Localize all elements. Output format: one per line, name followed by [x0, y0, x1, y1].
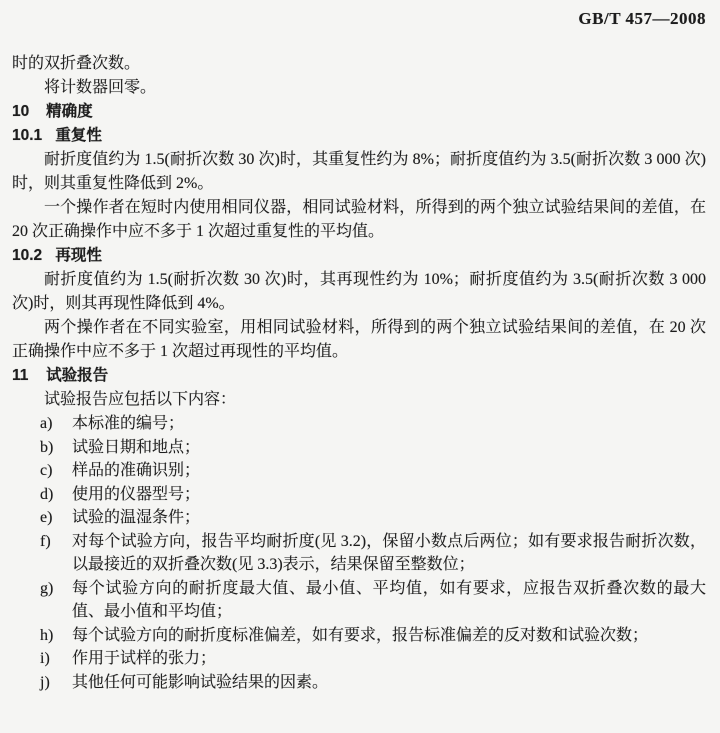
report-item-f-text: 对每个试验方向，报告平均耐折度(见 3.2)，保留小数点后两位；如有要求报告耐折…	[72, 530, 706, 577]
report-item-j: j)其他任何可能影响试验结果的因素。	[12, 671, 706, 695]
report-item-e-label: e)	[40, 506, 72, 530]
report-item-g-label: g)	[40, 577, 72, 624]
section-10-heading: 10精确度	[12, 100, 706, 124]
report-list-intro: 试验报告应包括以下内容：	[12, 388, 706, 412]
report-item-d-text: 使用的仪器型号；	[72, 483, 706, 507]
report-item-h: h)每个试验方向的耐折度标准偏差，如有要求，报告标准偏差的反对数和试验次数；	[12, 624, 706, 648]
report-item-d-label: d)	[40, 483, 72, 507]
section-11-heading: 11试验报告	[12, 364, 706, 388]
report-item-a: a)本标准的编号；	[12, 412, 706, 436]
report-item-c: c)样品的准确识别；	[12, 459, 706, 483]
page-header: GB/T 457—2008	[12, 8, 706, 30]
section-11-title: 试验报告	[46, 367, 108, 384]
report-item-a-text: 本标准的编号；	[72, 412, 706, 436]
scanned-standard-page: GB/T 457—2008 时的双折叠次数。 将计数器回零。 10精确度 10.…	[0, 0, 720, 733]
report-item-b-text: 试验日期和地点；	[72, 436, 706, 460]
report-item-g: g)每个试验方向的耐折度最大值、最小值、平均值，如有要求，应报告双折叠次数的最大…	[12, 577, 706, 624]
report-item-h-text: 每个试验方向的耐折度标准偏差，如有要求，报告标准偏差的反对数和试验次数；	[72, 624, 706, 648]
report-item-b-label: b)	[40, 436, 72, 460]
section-10-1-number: 10.1	[12, 124, 55, 148]
reproducibility-operator-paragraph: 两个操作者在不同实验室，用相同试验材料，所得到的两个独立试验结果间的差值，在 2…	[12, 316, 706, 364]
report-item-f: f)对每个试验方向，报告平均耐折度(见 3.2)，保留小数点后两位；如有要求报告…	[12, 530, 706, 577]
report-item-i-text: 作用于试样的张力；	[72, 647, 706, 671]
report-item-i: i)作用于试样的张力；	[12, 647, 706, 671]
preamble-paragraph: 将计数器回零。	[12, 76, 706, 100]
section-10-number: 10	[12, 100, 46, 124]
reproducibility-values-paragraph: 耐折度值约为 1.5(耐折次数 30 次)时，其再现性约为 10%；耐折度值约为…	[12, 268, 706, 316]
repeatability-values-paragraph: 耐折度值约为 1.5(耐折次数 30 次)时，其重复性约为 8%；耐折度值约为 …	[12, 148, 706, 196]
report-item-a-label: a)	[40, 412, 72, 436]
standard-number: GB/T 457—2008	[578, 9, 706, 28]
section-11-number: 11	[12, 364, 46, 388]
report-item-j-text: 其他任何可能影响试验结果的因素。	[72, 671, 706, 695]
report-item-c-label: c)	[40, 459, 72, 483]
report-item-e-text: 试验的温湿条件；	[72, 506, 706, 530]
section-10-1-heading: 10.1重复性	[12, 124, 706, 148]
report-item-h-label: h)	[40, 624, 72, 648]
section-10-title: 精确度	[46, 103, 93, 120]
section-10-2-title: 再现性	[55, 247, 102, 264]
section-10-1-title: 重复性	[55, 127, 102, 144]
report-items-list: a)本标准的编号； b)试验日期和地点； c)样品的准确识别； d)使用的仪器型…	[12, 412, 706, 694]
report-item-g-text: 每个试验方向的耐折度最大值、最小值、平均值，如有要求，应报告双折叠次数的最大值、…	[72, 577, 706, 624]
report-item-d: d)使用的仪器型号；	[12, 483, 706, 507]
report-item-j-label: j)	[40, 671, 72, 695]
report-item-e: e)试验的温湿条件；	[12, 506, 706, 530]
report-item-f-label: f)	[40, 530, 72, 577]
report-item-i-label: i)	[40, 647, 72, 671]
section-10-2-heading: 10.2再现性	[12, 244, 706, 268]
preamble-continuation-line: 时的双折叠次数。	[12, 52, 706, 76]
section-10-2-number: 10.2	[12, 244, 55, 268]
repeatability-operator-paragraph: 一个操作者在短时内使用相同仪器，相同试验材料，所得到的两个独立试验结果间的差值，…	[12, 196, 706, 244]
report-item-b: b)试验日期和地点；	[12, 436, 706, 460]
report-item-c-text: 样品的准确识别；	[72, 459, 706, 483]
